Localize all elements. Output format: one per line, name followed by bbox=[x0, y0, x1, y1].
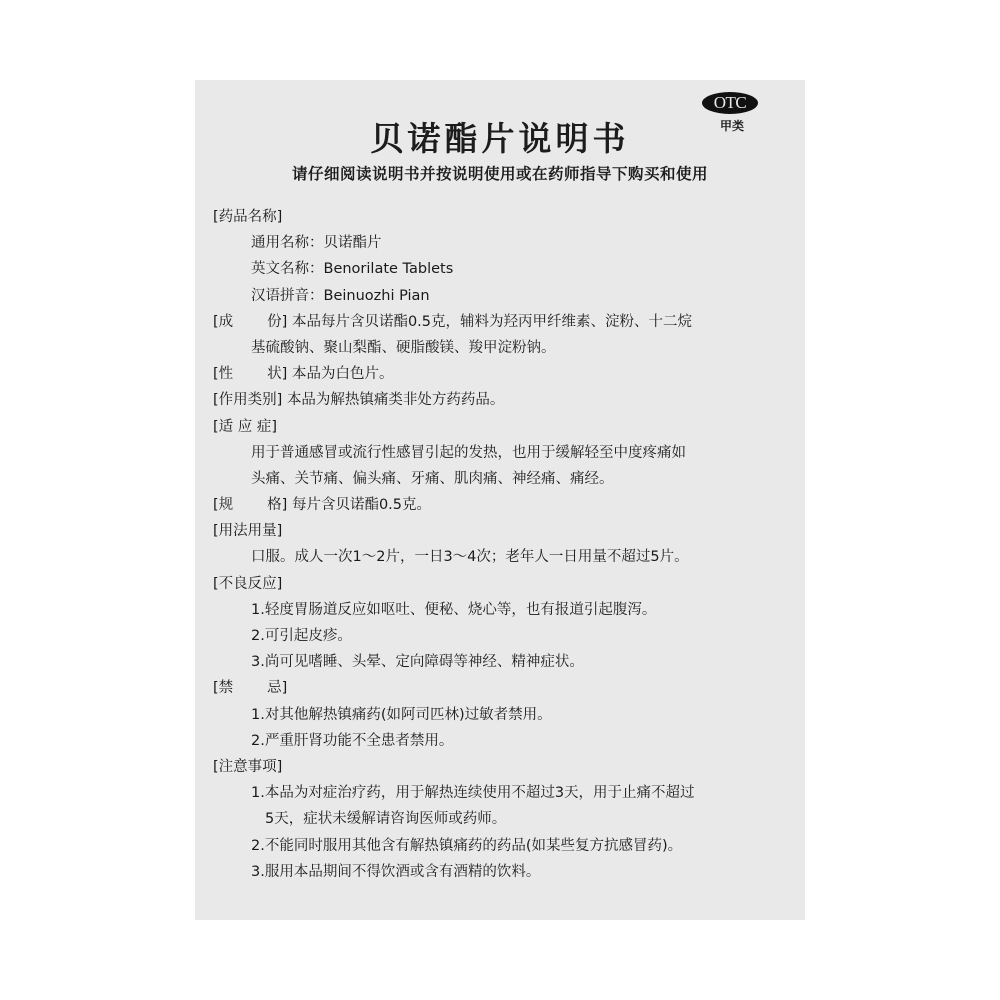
section-heading-specification-end: 格] bbox=[267, 497, 287, 513]
precaution-item-3: 3.服用本品期间不得饮酒或含有酒精的饮料。 bbox=[213, 859, 793, 885]
adverse-reaction-item: 1.轻度胃肠道反应如呕吐、便秘、烧心等，也有报道引起腹泻。 bbox=[213, 597, 793, 623]
section-heading-composition-end: 份] bbox=[267, 314, 287, 330]
section-heading-precautions: [注意事项] bbox=[213, 754, 793, 780]
contraindication-item: 1.对其他解热镇痛药(如阿司匹林)过敏者禁用。 bbox=[213, 702, 793, 728]
contraindication-item: 2.严重肝肾功能不全患者禁用。 bbox=[213, 728, 793, 754]
category-text: 本品为解热镇痛类非处方药药品。 bbox=[287, 392, 505, 408]
adverse-reaction-item: 2.可引起皮疹。 bbox=[213, 623, 793, 649]
section-heading-contraindications: [禁忌] bbox=[213, 675, 793, 701]
page-title: 贝诺酯片说明书 bbox=[195, 113, 805, 160]
section-heading-category: [作用类别] bbox=[213, 392, 282, 408]
section-heading-specification-start: [规 bbox=[213, 497, 233, 513]
precaution-item-1-line1: 1.本品为对症治疗药，用于解热连续使用不超过3天，用于止痛不超过 bbox=[213, 780, 793, 806]
section-heading-indications: [适 应 症] bbox=[213, 414, 793, 440]
section-heading-contraindications-start: [禁 bbox=[213, 680, 233, 696]
section-heading-adverse-reactions: [不良反应] bbox=[213, 571, 793, 597]
leaflet-body: [药品名称] 通用名称：贝诺酯片 英文名称：Benorilate Tablets… bbox=[213, 204, 793, 885]
section-heading-drug-name: [药品名称] bbox=[213, 204, 793, 230]
pinyin-name: 汉语拼音：Beinuozhi Pian bbox=[213, 283, 793, 309]
section-specification: [规格] 每片含贝诺酯0.5克。 bbox=[213, 492, 793, 518]
composition-text-line2: 基硫酸钠、聚山梨酯、硬脂酸镁、羧甲淀粉钠。 bbox=[213, 335, 793, 361]
specification-text: 每片含贝诺酯0.5克。 bbox=[292, 497, 431, 513]
appearance-text: 本品为白色片。 bbox=[292, 366, 394, 382]
section-heading-contraindications-end: 忌] bbox=[267, 680, 287, 696]
section-heading-appearance-start: [性 bbox=[213, 366, 233, 382]
section-composition: [成份] 本品每片含贝诺酯0.5克，辅料为羟丙甲纤维素、淀粉、十二烷 bbox=[213, 309, 793, 335]
otc-badge: OTC bbox=[702, 92, 758, 114]
precaution-item-1-line2: 5天，症状未缓解请咨询医师或药师。 bbox=[213, 806, 793, 832]
section-appearance: [性状] 本品为白色片。 bbox=[213, 361, 793, 387]
leaflet-page: OTC 甲类 贝诺酯片说明书 请仔细阅读说明书并按说明使用或在药师指导下购买和使… bbox=[195, 80, 805, 920]
indications-text-line2: 头痛、关节痛、偏头痛、牙痛、肌肉痛、神经痛、痛经。 bbox=[213, 466, 793, 492]
adverse-reaction-item: 3.尚可见嗜睡、头晕、定向障碍等神经、精神症状。 bbox=[213, 649, 793, 675]
section-category: [作用类别] 本品为解热镇痛类非处方药药品。 bbox=[213, 387, 793, 413]
composition-text-line1: 本品每片含贝诺酯0.5克，辅料为羟丙甲纤维素、淀粉、十二烷 bbox=[292, 314, 692, 330]
section-heading-dosage: [用法用量] bbox=[213, 518, 793, 544]
precaution-item-2: 2.不能同时服用其他含有解热镇痛药的药品(如某些复方抗感冒药)。 bbox=[213, 833, 793, 859]
section-heading-appearance-end: 状] bbox=[267, 366, 287, 382]
english-name: 英文名称：Benorilate Tablets bbox=[213, 256, 793, 282]
section-heading-composition-start: [成 bbox=[213, 314, 233, 330]
page-subtitle: 请仔细阅读说明书并按说明使用或在药师指导下购买和使用 bbox=[195, 162, 805, 184]
indications-text-line1: 用于普通感冒或流行性感冒引起的发热，也用于缓解轻至中度疼痛如 bbox=[213, 440, 793, 466]
generic-name: 通用名称：贝诺酯片 bbox=[213, 230, 793, 256]
dosage-text: 口服。成人一次1～2片，一日3～4次；老年人一日用量不超过5片。 bbox=[213, 544, 793, 570]
